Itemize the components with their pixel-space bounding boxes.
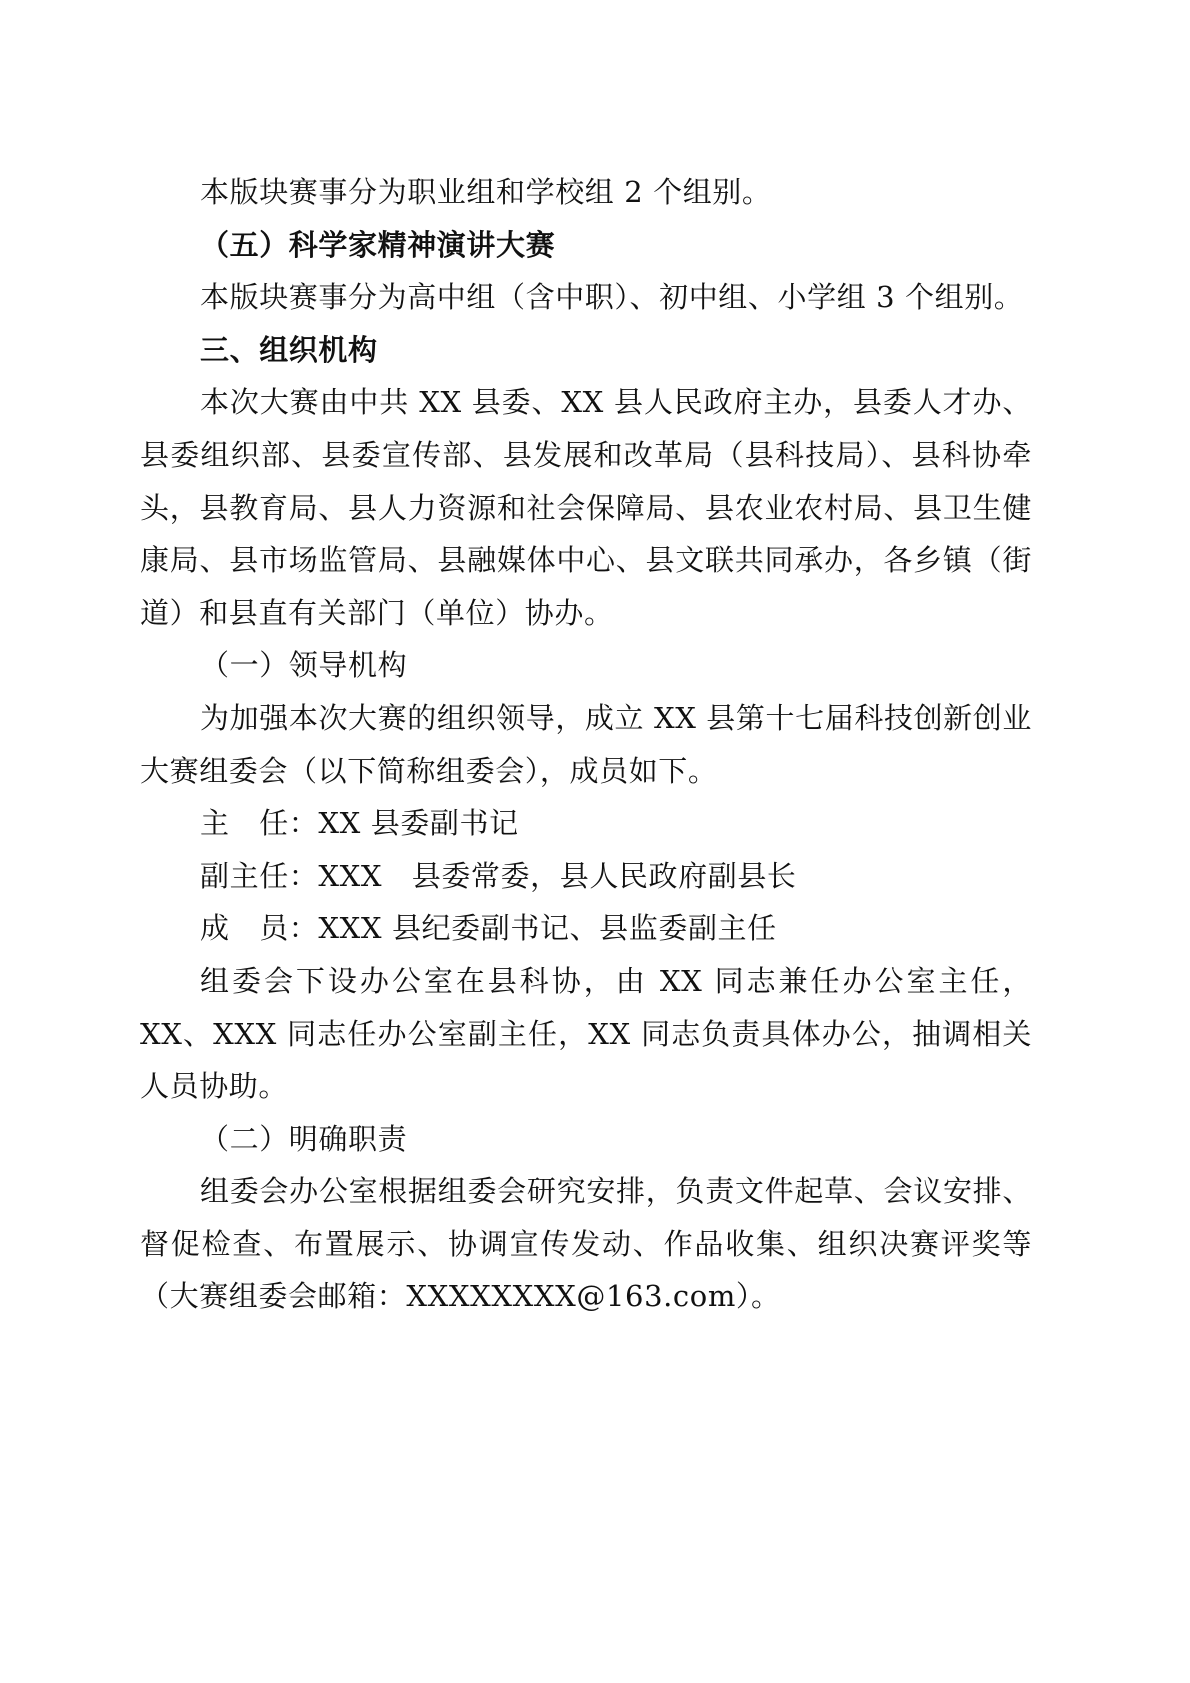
member-members: 成 员：XXX 县纪委副书记、县监委副主任 bbox=[140, 902, 1032, 955]
paragraph-speech-groups: 本版块赛事分为高中组（含中职）、初中组、小学组 3 个组别。 bbox=[140, 271, 1032, 324]
subheading-responsibilities: （二）明确职责 bbox=[140, 1113, 1032, 1166]
paragraph-office-duties: 组委会办公室根据组委会研究安排，负责文件起草、会议安排、督促检查、布置展示、协调… bbox=[140, 1165, 1032, 1323]
paragraph-competition-groups: 本版块赛事分为职业组和学校组 2 个组别。 bbox=[140, 166, 1032, 219]
subheading-scientist-speech-contest: （五）科学家精神演讲大赛 bbox=[140, 219, 1032, 272]
member-deputy-director: 副主任：XXX 县委常委，县人民政府副县长 bbox=[140, 850, 1032, 903]
member-director: 主 任：XX 县委副书记 bbox=[140, 797, 1032, 850]
subheading-leadership: （一）领导机构 bbox=[140, 639, 1032, 692]
paragraph-organizers: 本次大赛由中共 XX 县委、XX 县人民政府主办，县委人才办、县委组织部、县委宣… bbox=[140, 376, 1032, 639]
document-page: 本版块赛事分为职业组和学校组 2 个组别。 （五）科学家精神演讲大赛 本版块赛事… bbox=[140, 166, 1032, 1323]
heading-organization: 三、组织机构 bbox=[140, 324, 1032, 377]
paragraph-office: 组委会下设办公室在县科协，由 XX 同志兼任办公室主任，XX、XXX 同志任办公… bbox=[140, 955, 1032, 1113]
paragraph-committee-intro: 为加强本次大赛的组织领导，成立 XX 县第十七届科技创新创业大赛组委会（以下简称… bbox=[140, 692, 1032, 797]
